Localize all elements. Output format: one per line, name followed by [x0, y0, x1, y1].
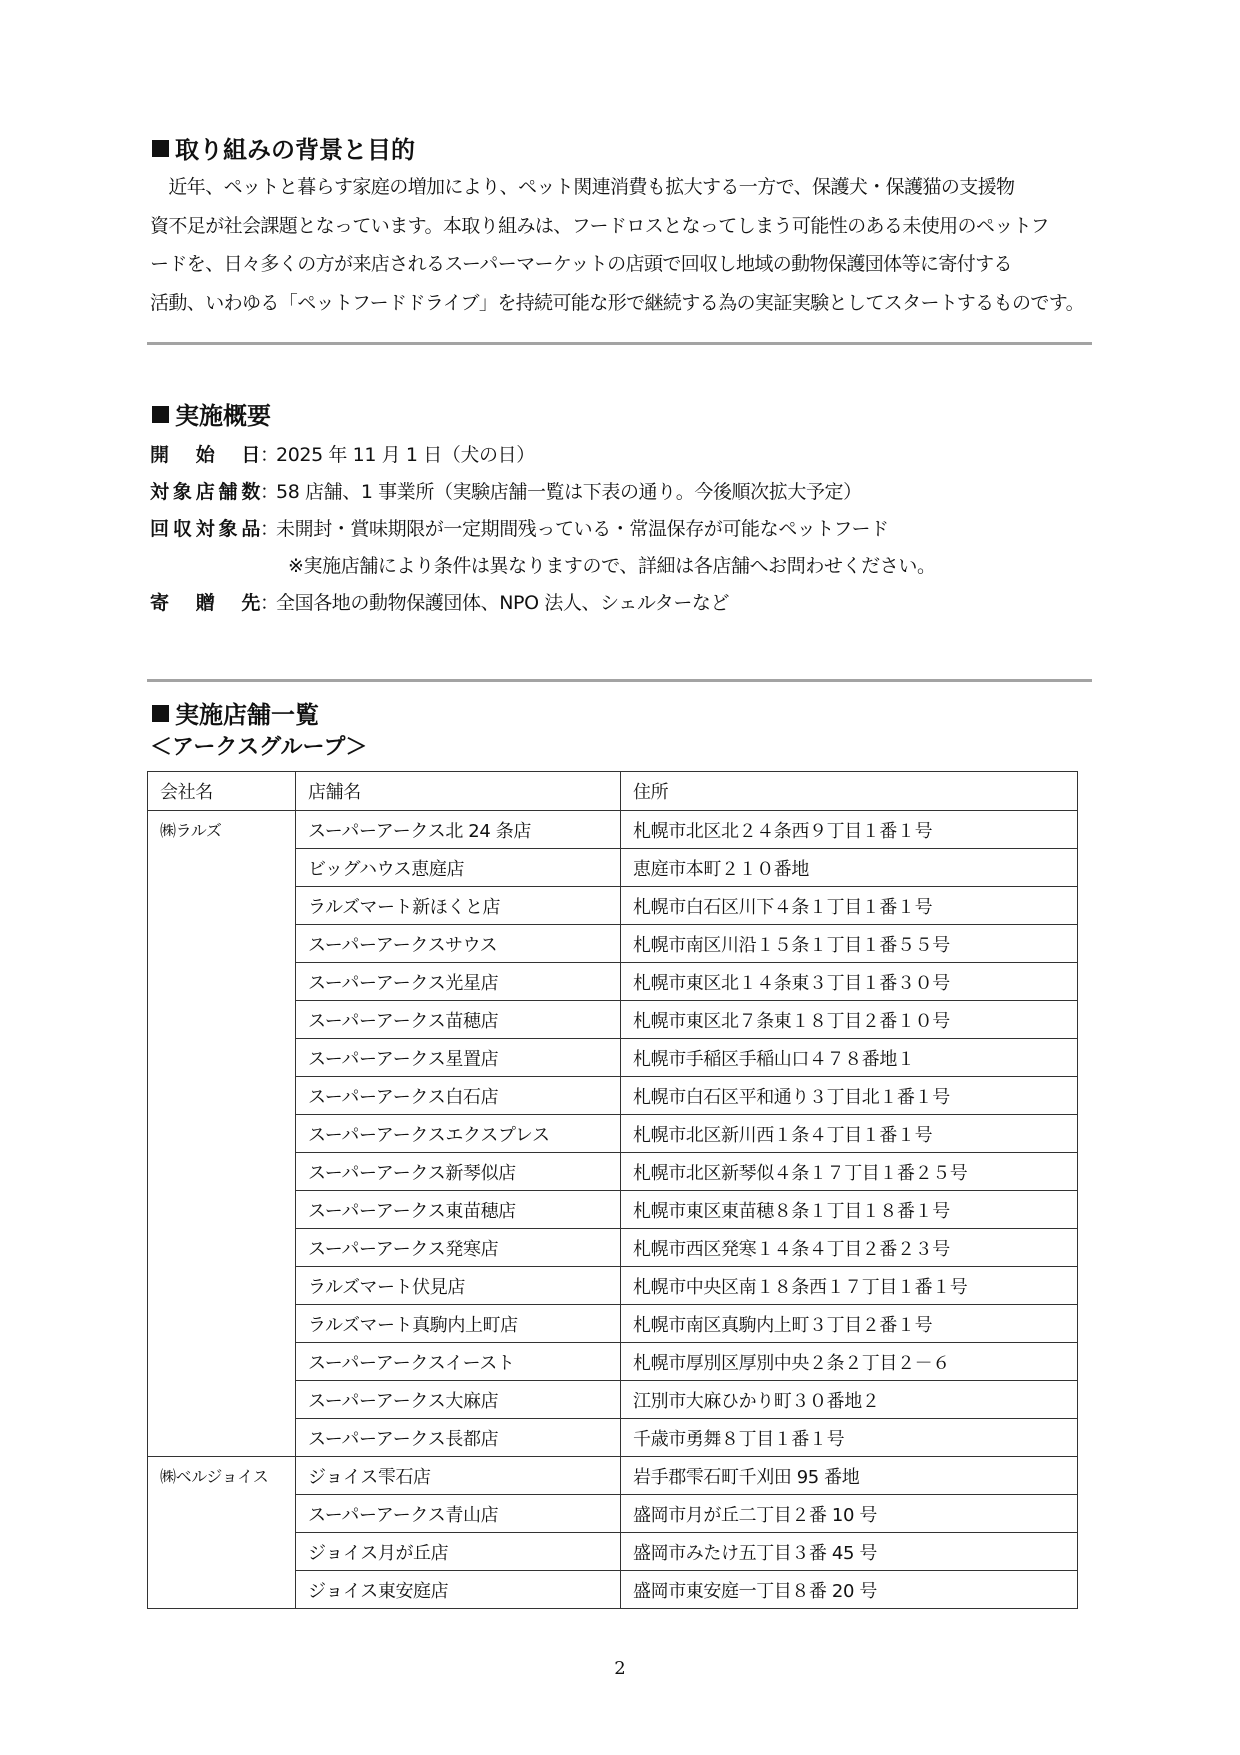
store-cell: ラルズマート伏見店: [296, 1267, 621, 1305]
overview-label: 開 始 日: [150, 442, 260, 468]
store-cell: ラルズマート新ほくと店: [296, 887, 621, 925]
store-cell: スーパーアークスイースト: [296, 1343, 621, 1381]
paragraph-line: 活動、いわゆる「ペットフードドライブ」を持続可能な形で継続する為の実証実験として…: [150, 284, 1100, 323]
address-cell: 札幌市手稲区手稲山口４７８番地１: [621, 1039, 1078, 1077]
address-cell: 札幌市東区東苗穂８条１丁目１８番１号: [621, 1191, 1078, 1229]
store-cell: スーパーアークスエクスプレス: [296, 1115, 621, 1153]
square-bullet-icon: [152, 406, 169, 423]
address-cell: 盛岡市みたけ五丁目３番 45 号: [621, 1533, 1078, 1571]
paragraph-line: 近年、ペットと暮らす家庭の増加により、ペット関連消費も拡大する一方で、保護犬・保…: [150, 168, 1100, 207]
overview-row-recipients: 寄 贈 先：全国各地の動物保護団体、NPO 法人、シェルターなど: [150, 590, 729, 616]
store-cell: ジョイス雫石店: [296, 1457, 621, 1495]
address-cell: 岩手郡雫石町千刈田 95 番地: [621, 1457, 1078, 1495]
column-header-address: 住所: [621, 772, 1078, 811]
overview-label: 対象店舗数: [150, 479, 260, 505]
address-cell: 札幌市北区新川西１条４丁目１番１号: [621, 1115, 1078, 1153]
section-heading-overview: 実施概要: [152, 401, 271, 431]
store-cell: スーパーアークス新琴似店: [296, 1153, 621, 1191]
store-cell: ラルズマート真駒内上町店: [296, 1305, 621, 1343]
table-row: ㈱ベルジョイス ジョイス雫石店 岩手郡雫石町千刈田 95 番地: [148, 1457, 1078, 1495]
section-heading-text: 実施概要: [175, 402, 271, 430]
column-header-company: 会社名: [148, 772, 296, 811]
store-cell: スーパーアークス苗穂店: [296, 1001, 621, 1039]
overview-value: 全国各地の動物保護団体、NPO 法人、シェルターなど: [276, 592, 729, 614]
address-cell: 札幌市東区北１４条東３丁目１番３０号: [621, 963, 1078, 1001]
company-cell: ㈱ラルズ: [148, 811, 296, 1457]
square-bullet-icon: [152, 705, 169, 722]
store-cell: スーパーアークス白石店: [296, 1077, 621, 1115]
paragraph-line: ードを、日々多くの方が来店されるスーパーマーケットの店頭で回収し地域の動物保護団…: [150, 245, 1100, 284]
store-cell: スーパーアークス北 24 条店: [296, 811, 621, 849]
section-heading-text: 取り組みの背景と目的: [175, 136, 415, 164]
address-cell: 札幌市白石区平和通り３丁目北１番１号: [621, 1077, 1078, 1115]
address-cell: 札幌市白石区川下４条１丁目１番１号: [621, 887, 1078, 925]
address-cell: 札幌市南区真駒内上町３丁目２番１号: [621, 1305, 1078, 1343]
overview-value: 2025 年 11 月 1 日（犬の日）: [276, 444, 535, 466]
store-table: 会社名 店舗名 住所 ㈱ラルズ スーパーアークス北 24 条店 札幌市北区北２４…: [147, 771, 1078, 1609]
address-cell: 盛岡市月が丘二丁目２番 10 号: [621, 1495, 1078, 1533]
section-divider: [147, 342, 1092, 345]
overview-value: 58 店舗、1 事業所（実験店舗一覧は下表の通り。今後順次拡大予定）: [276, 481, 862, 503]
overview-label: 回収対象品: [150, 516, 260, 542]
table-header-row: 会社名 店舗名 住所: [148, 772, 1078, 811]
paragraph-line: 資不足が社会課題となっています。本取り組みは、フードロスとなってしまう可能性のあ…: [150, 207, 1100, 246]
overview-colon: ：: [260, 479, 276, 505]
overview-colon: ：: [260, 516, 276, 542]
store-cell: スーパーアークスサウス: [296, 925, 621, 963]
overview-note: ※実施店舗により条件は異なりますので、詳細は各店舗へお問わせください。: [288, 553, 936, 579]
overview-row-start-date: 開 始 日：2025 年 11 月 1 日（犬の日）: [150, 442, 535, 468]
store-cell: スーパーアークス大麻店: [296, 1381, 621, 1419]
section-divider: [147, 679, 1092, 682]
address-cell: 札幌市北区北２４条西９丁目１番１号: [621, 811, 1078, 849]
address-cell: 札幌市南区川沿１５条１丁目１番５５号: [621, 925, 1078, 963]
address-cell: 札幌市西区発寒１４条４丁目２番２３号: [621, 1229, 1078, 1267]
overview-row-store-count: 対象店舗数：58 店舗、1 事業所（実験店舗一覧は下表の通り。今後順次拡大予定）: [150, 479, 862, 505]
company-cell: ㈱ベルジョイス: [148, 1457, 296, 1609]
address-cell: 札幌市中央区南１８条西１７丁目１番１号: [621, 1267, 1078, 1305]
section-heading-text: 実施店舗一覧: [175, 701, 319, 729]
overview-colon: ：: [260, 590, 276, 616]
store-cell: ジョイス東安庭店: [296, 1571, 621, 1609]
store-cell: ビッグハウス恵庭店: [296, 849, 621, 887]
group-title: ＜アークスグループ＞: [150, 734, 367, 762]
overview-value: 未開封・賞味期限が一定期間残っている・常温保存が可能なペットフード: [276, 518, 889, 540]
overview-row-items: 回収対象品：未開封・賞味期限が一定期間残っている・常温保存が可能なペットフード: [150, 516, 889, 542]
store-cell: スーパーアークス長都店: [296, 1419, 621, 1457]
address-cell: 恵庭市本町２１０番地: [621, 849, 1078, 887]
store-cell: スーパーアークス発寒店: [296, 1229, 621, 1267]
address-cell: 札幌市厚別区厚別中央２条２丁目２－６: [621, 1343, 1078, 1381]
address-cell: 盛岡市東安庭一丁目８番 20 号: [621, 1571, 1078, 1609]
address-cell: 千歳市勇舞８丁目１番１号: [621, 1419, 1078, 1457]
background-paragraph: 近年、ペットと暮らす家庭の増加により、ペット関連消費も拡大する一方で、保護犬・保…: [150, 168, 1100, 322]
store-cell: スーパーアークス東苗穂店: [296, 1191, 621, 1229]
address-cell: 札幌市東区北７条東１８丁目２番１０号: [621, 1001, 1078, 1039]
address-cell: 札幌市北区新琴似４条１７丁目１番２５号: [621, 1153, 1078, 1191]
section-heading-background: 取り組みの背景と目的: [152, 135, 415, 165]
store-cell: スーパーアークス星置店: [296, 1039, 621, 1077]
square-bullet-icon: [152, 140, 169, 157]
overview-colon: ：: [260, 442, 276, 468]
section-heading-stores: 実施店舗一覧: [152, 700, 319, 730]
address-cell: 江別市大麻ひかり町３０番地２: [621, 1381, 1078, 1419]
overview-label: 寄 贈 先: [150, 590, 260, 616]
table-row: ㈱ラルズ スーパーアークス北 24 条店 札幌市北区北２４条西９丁目１番１号: [148, 811, 1078, 849]
store-cell: スーパーアークス光星店: [296, 963, 621, 1001]
store-cell: スーパーアークス青山店: [296, 1495, 621, 1533]
column-header-store: 店舗名: [296, 772, 621, 811]
store-cell: ジョイス月が丘店: [296, 1533, 621, 1571]
page-number: 2: [0, 1658, 1240, 1679]
document-page: 取り組みの背景と目的 近年、ペットと暮らす家庭の増加により、ペット関連消費も拡大…: [0, 0, 1240, 1755]
